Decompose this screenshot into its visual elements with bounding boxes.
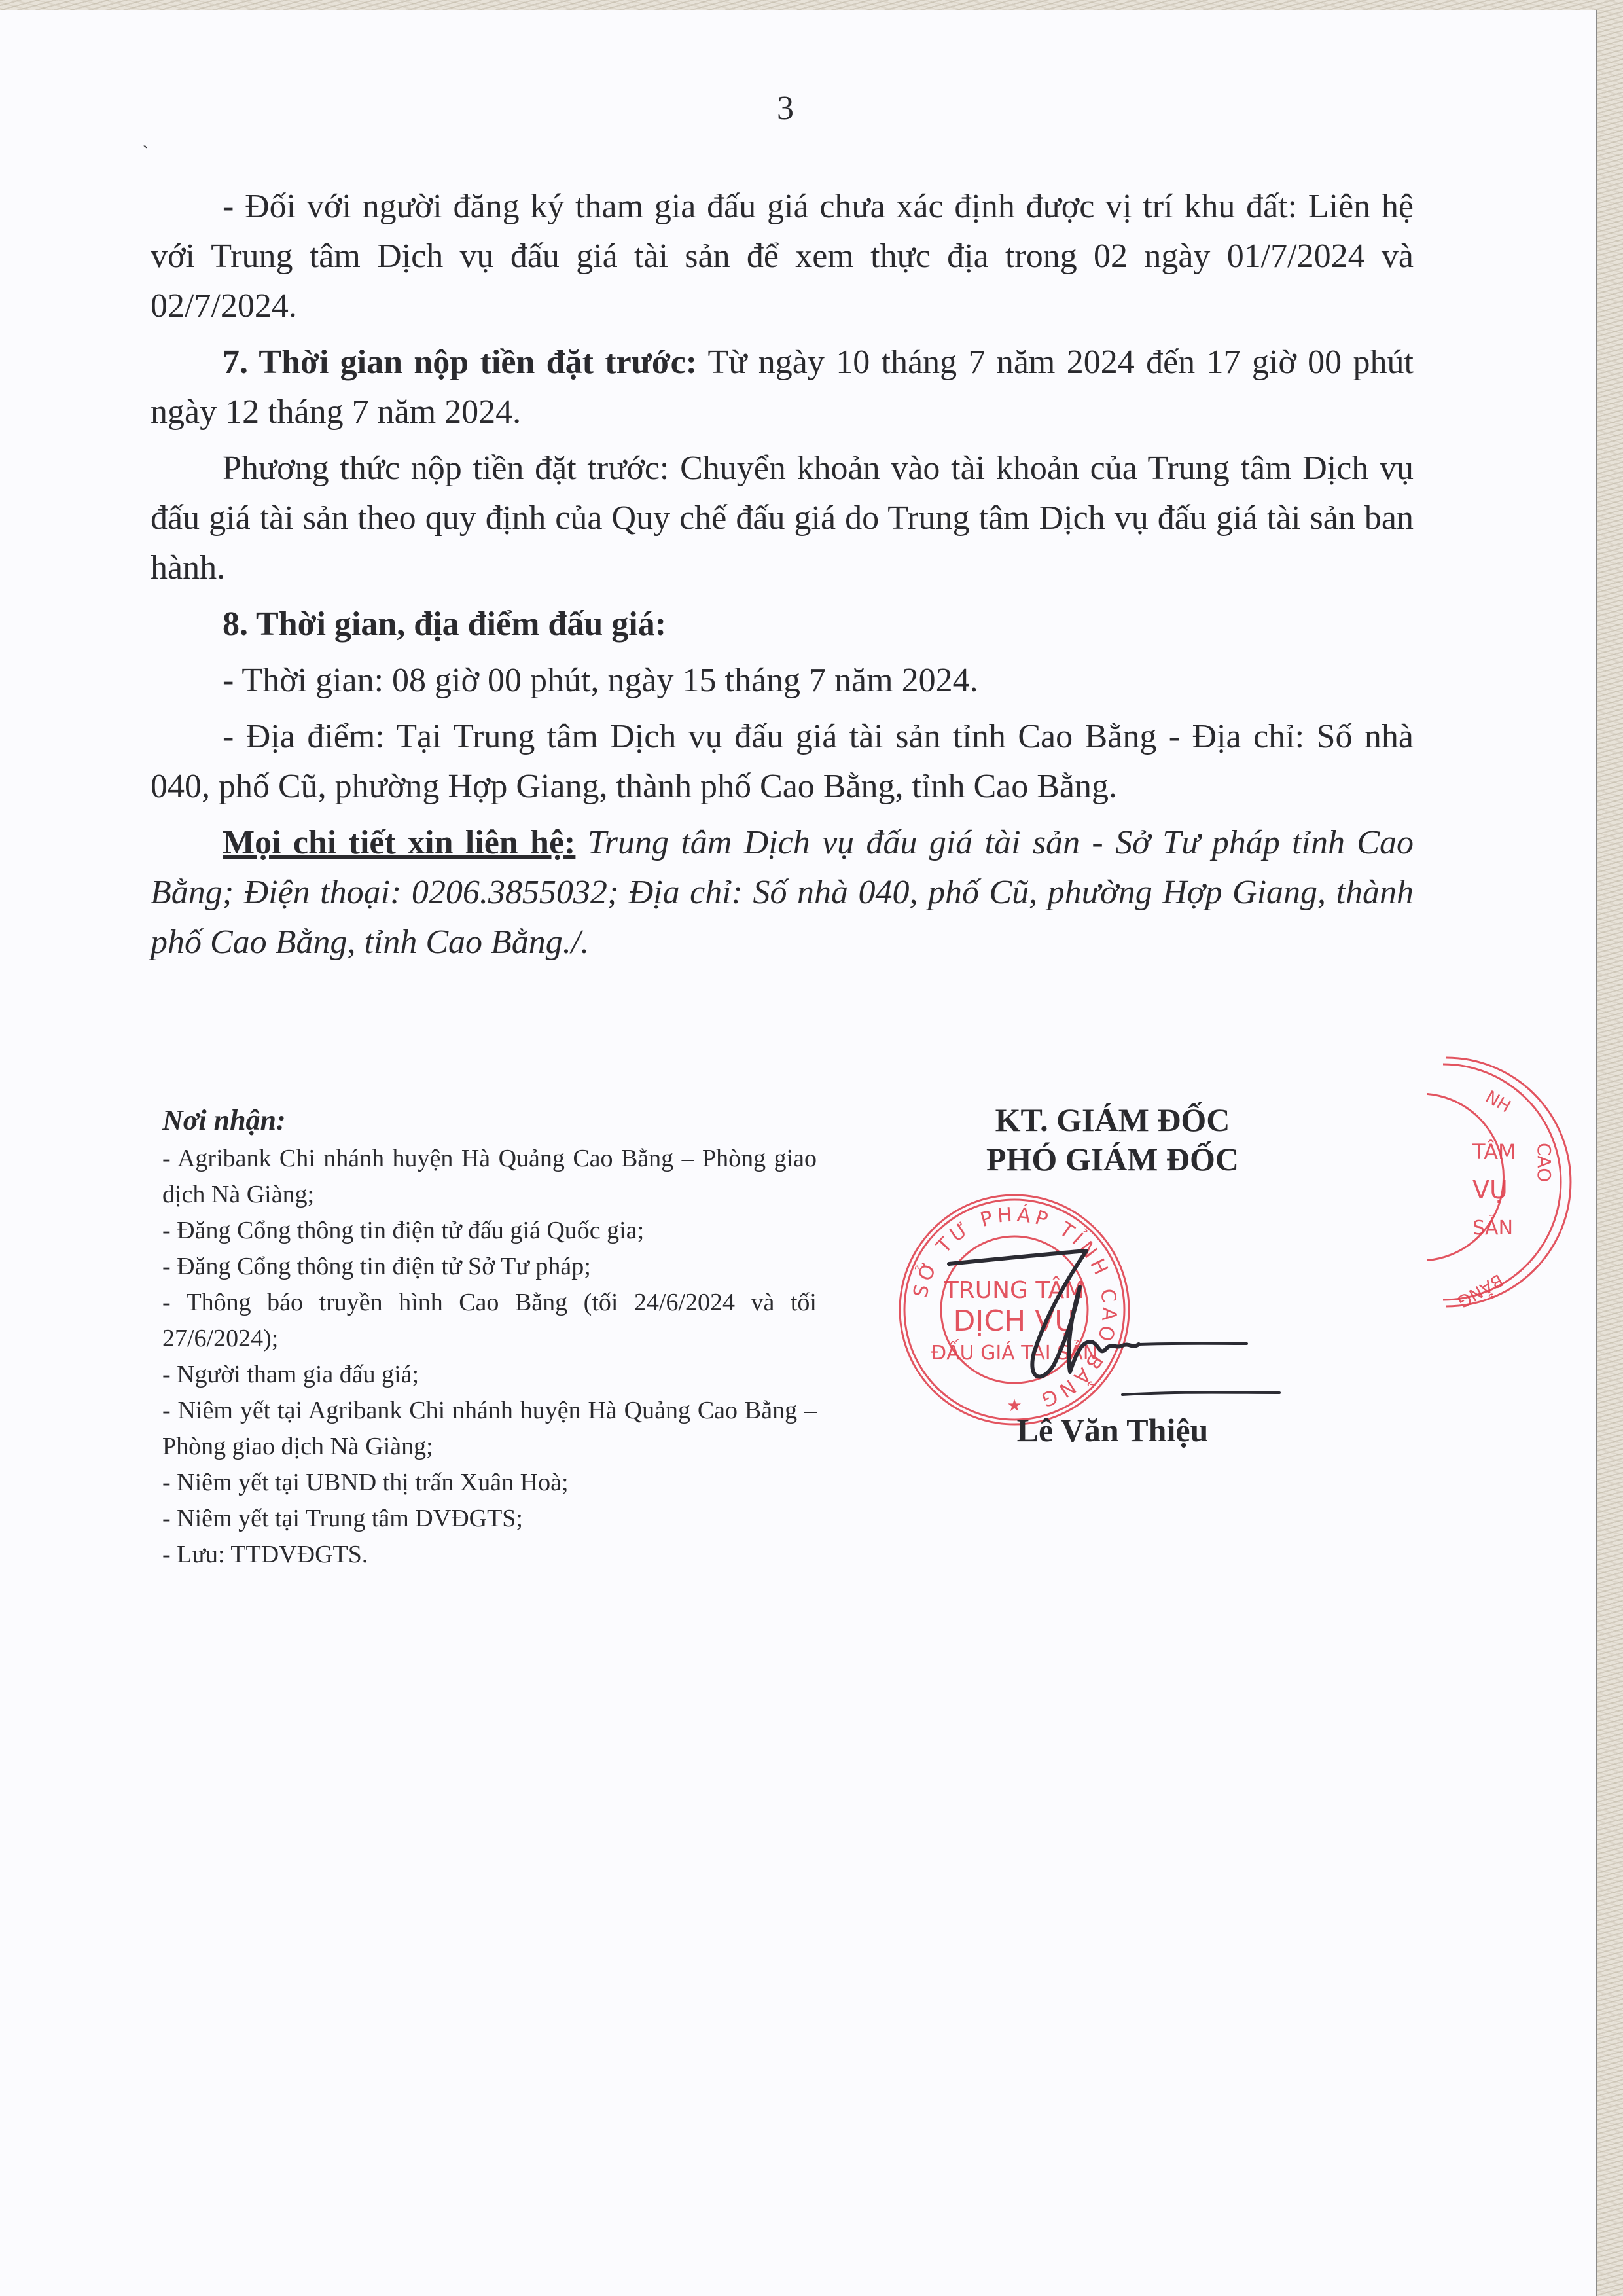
section-8-place: - Địa điểm: Tại Trung tâm Dịch vụ đấu gi… xyxy=(151,712,1414,812)
svg-text:TÂM: TÂM xyxy=(1472,1139,1516,1164)
recipient-item: - Niêm yết tại Trung tâm DVĐGTS; xyxy=(162,1501,817,1537)
signer-name: Lê Văn Thiệu xyxy=(916,1411,1309,1449)
recipient-item: - Niêm yết tại Agribank Chi nhánh huyện … xyxy=(162,1393,817,1465)
signature-title-line1: KT. GIÁM ĐỐC xyxy=(916,1100,1309,1139)
recipient-item: - Người tham gia đấu giá; xyxy=(162,1357,817,1393)
recipient-item: - Lưu: TTDVĐGTS. xyxy=(162,1537,817,1573)
paragraph-payment-method: Phương thức nộp tiền đặt trước: Chuyển k… xyxy=(151,444,1414,593)
svg-text:SẢN: SẢN xyxy=(1472,1214,1513,1240)
recipient-item: - Đăng Cổng thông tin điện tử đấu giá Qu… xyxy=(162,1213,817,1249)
document-page: 3 ˎ - Đối với người đăng ký tham gia đấu… xyxy=(0,10,1597,2296)
svg-text:NH: NH xyxy=(1482,1087,1514,1117)
recipients-list: - Agribank Chi nhánh huyện Hà Quảng Cao … xyxy=(162,1141,817,1573)
partial-stamp-icon: NH CAO BẰNG TÂM VỤ SẢN xyxy=(1427,1045,1623,1319)
recipient-item: - Thông báo truyền hình Cao Bằng (tối 24… xyxy=(162,1285,817,1357)
recipient-item: - Đăng Cổng thông tin điện tử Sở Tư pháp… xyxy=(162,1249,817,1285)
recipient-item: - Niêm yết tại UBND thị trấn Xuân Hoà; xyxy=(162,1465,817,1501)
paragraph-site-visit: - Đối với người đăng ký tham gia đấu giá… xyxy=(151,182,1414,331)
section-7: 7. Thời gian nộp tiền đặt trước: Từ ngày… xyxy=(151,338,1414,437)
section-8-time: - Thời gian: 08 giờ 00 phút, ngày 15 thá… xyxy=(151,656,1414,706)
recipients-block: Nơi nhận: - Agribank Chi nhánh huyện Hà … xyxy=(162,1100,817,1573)
contact-paragraph: Mọi chi tiết xin liên hệ: Trung tâm Dịch… xyxy=(151,818,1414,967)
recipient-item: - Agribank Chi nhánh huyện Hà Quảng Cao … xyxy=(162,1141,817,1213)
handwritten-signature-icon xyxy=(903,1215,1329,1411)
document-body: - Đối với người đăng ký tham gia đấu giá… xyxy=(151,182,1414,974)
recipients-title: Nơi nhận: xyxy=(162,1100,817,1141)
page-number: 3 xyxy=(0,89,1571,128)
signature-title-line2: PHÓ GIÁM ĐỐC xyxy=(916,1139,1309,1179)
svg-text:VỤ: VỤ xyxy=(1472,1175,1508,1204)
section-8-heading: 8. Thời gian, địa điểm đấu giá: xyxy=(151,600,1414,649)
svg-text:CAO: CAO xyxy=(1533,1143,1555,1182)
svg-text:BẰNG: BẰNG xyxy=(1454,1270,1508,1314)
section-7-heading: 7. Thời gian nộp tiền đặt trước: xyxy=(223,344,697,381)
contact-label: Mọi chi tiết xin liên hệ: xyxy=(223,824,575,861)
scan-mark: ˎ xyxy=(143,130,149,149)
signature-title: KT. GIÁM ĐỐC PHÓ GIÁM ĐỐC xyxy=(916,1100,1309,1179)
